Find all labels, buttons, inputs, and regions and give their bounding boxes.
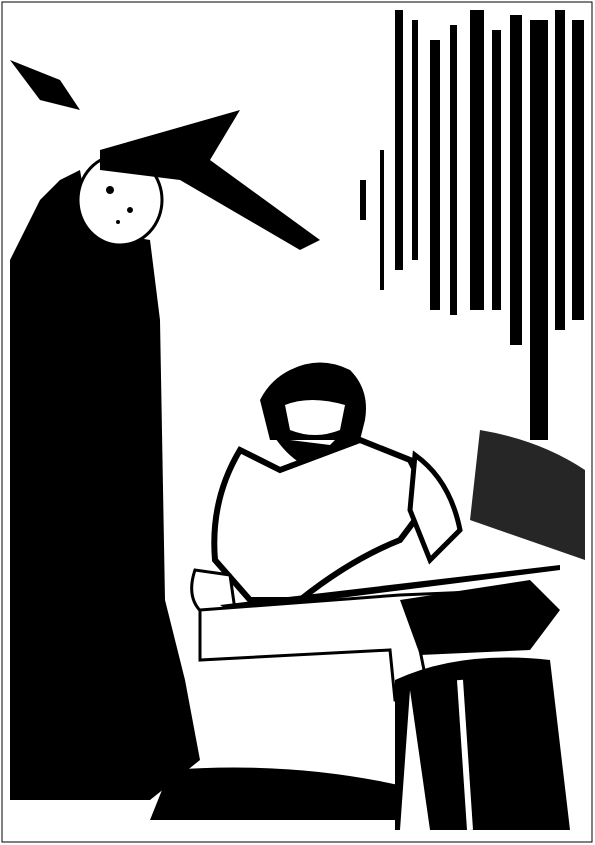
illustration [0, 0, 595, 845]
